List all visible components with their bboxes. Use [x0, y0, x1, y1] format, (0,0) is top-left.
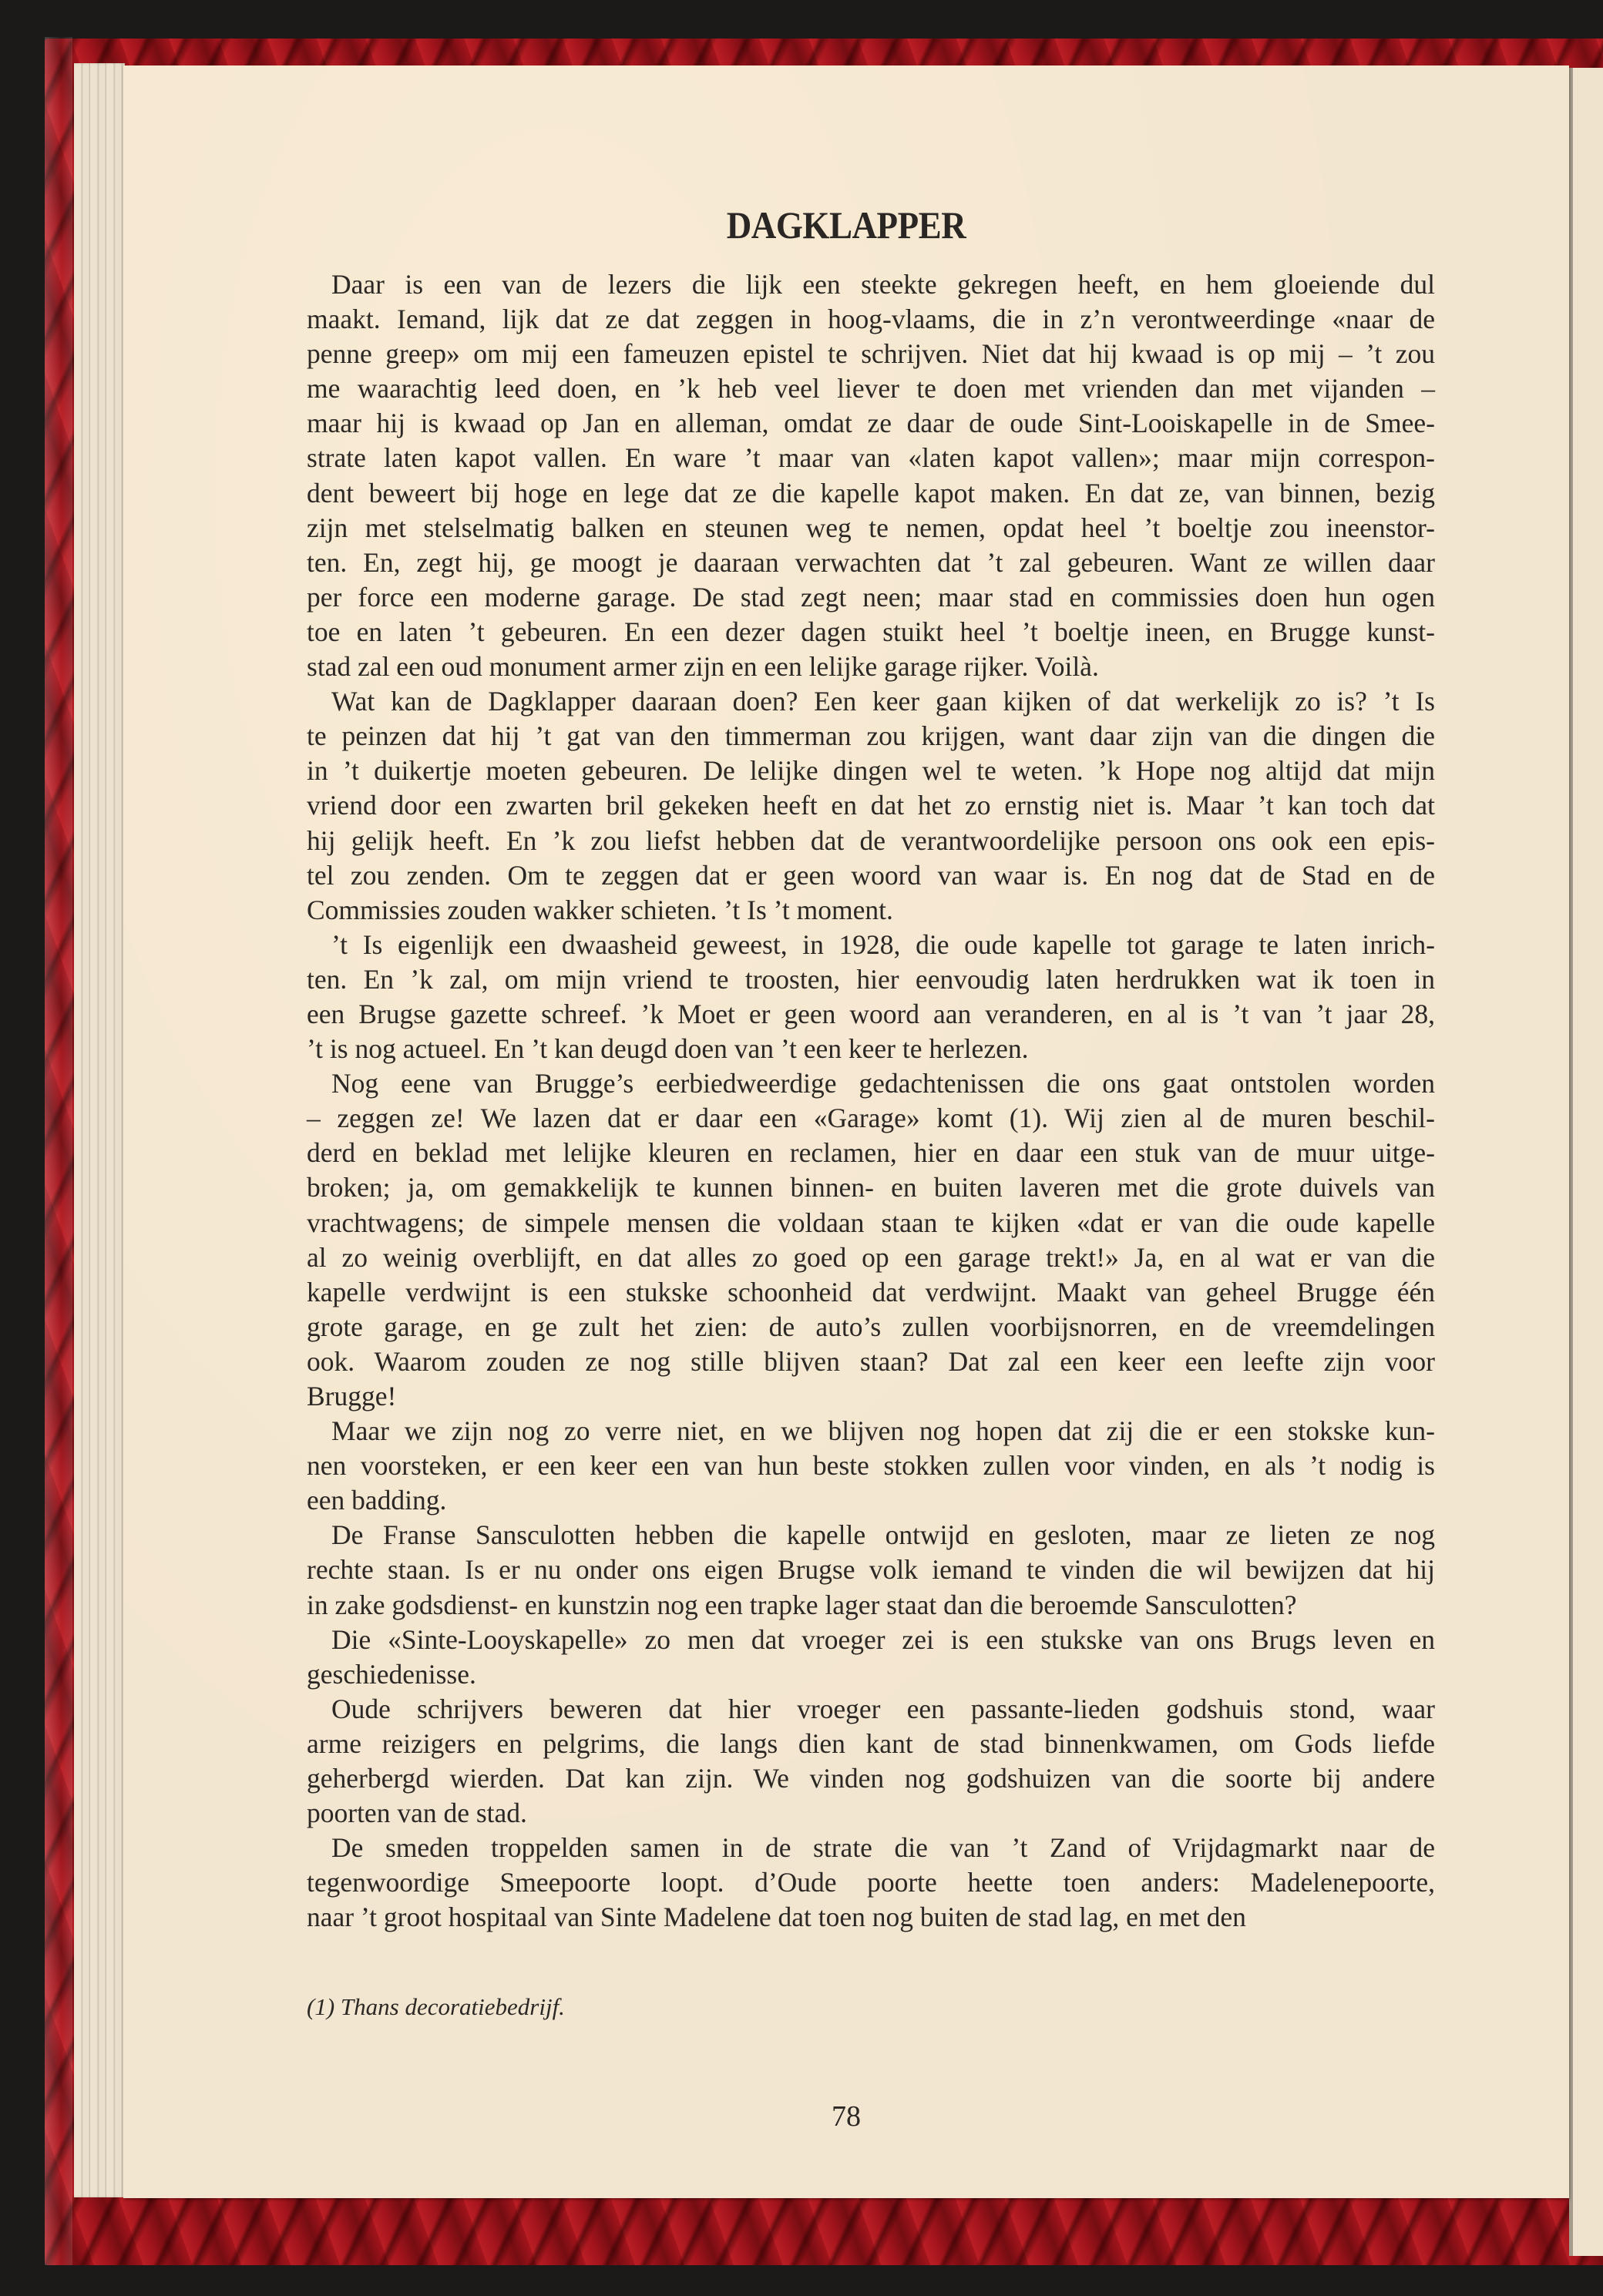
text-line: al zo weinig overblijft, en dat alles zo…	[307, 1240, 1435, 1275]
text-line: Brugge!	[307, 1379, 1435, 1414]
text-line: vriend door een zwarten bril gekeken hee…	[307, 788, 1435, 823]
text-line: rechte staan. Is er nu onder ons eigen B…	[307, 1552, 1435, 1587]
page-title: DAGKLAPPER	[196, 203, 1497, 247]
paragraph: Nog eene van Brugge’s eerbiedweerdige ge…	[307, 1066, 1435, 1414]
text-line: – zeggen ze! We lazen dat er daar een «G…	[307, 1101, 1435, 1136]
text-line: per force een moderne garage. De stad ze…	[307, 580, 1435, 615]
text-line: dent beweert bij hoge en lege dat ze die…	[307, 476, 1435, 511]
text-line: zijn met stelselmatig balken en steunen …	[307, 511, 1435, 545]
text-line: grote garage, en ge zult het zien: de au…	[307, 1310, 1435, 1344]
text-line: broken; ja, om gemakkelijk te kunnen bin…	[307, 1170, 1435, 1205]
text-line: ’t Is eigenlijk een dwaasheid geweest, i…	[307, 928, 1435, 962]
text-line: tel zou zenden. Om te zeggen dat er geen…	[307, 858, 1435, 893]
text-line: strate laten kapot vallen. En ware ’t ma…	[307, 441, 1435, 475]
text-line: De Franse Sansculotten hebben die kapell…	[307, 1518, 1435, 1552]
text-line: derd en beklad met lelijke kleuren en re…	[307, 1136, 1435, 1170]
text-line: kapelle verdwijnt is een stukske schoonh…	[307, 1275, 1435, 1310]
text-line: Wat kan de Dagklapper daaraan doen? Een …	[307, 684, 1435, 719]
text-line: maakt. Iemand, lijk dat ze dat zeggen in…	[307, 302, 1435, 337]
text-line: ten. En, zegt hij, ge moogt je daaraan v…	[307, 545, 1435, 580]
paragraph: Daar is een van de lezers die lijk een s…	[307, 267, 1435, 684]
text-line: De smeden troppelden samen in de strate …	[307, 1831, 1435, 1865]
text-line: tegenwoordige Smeepoorte loopt. d’Oude p…	[307, 1865, 1435, 1900]
text-line: in ’t duikertje moeten gebeuren. De leli…	[307, 754, 1435, 788]
paragraph: ’t Is eigenlijk een dwaasheid geweest, i…	[307, 928, 1435, 1066]
text-line: een badding.	[307, 1483, 1435, 1518]
paragraph: Maar we zijn nog zo verre niet, en we bl…	[307, 1414, 1435, 1518]
text-line: nen voorsteken, er een keer een van hun …	[307, 1448, 1435, 1483]
paragraph: Die «Sinte-Looyskapelle» zo men dat vroe…	[307, 1623, 1435, 1692]
text-line: geschiedenisse.	[307, 1657, 1435, 1692]
text-line: Maar we zijn nog zo verre niet, en we bl…	[307, 1414, 1435, 1448]
book-page: DAGKLAPPER Daar is een van de lezers die…	[123, 65, 1569, 2198]
text-line: ten. En ’k zal, om mijn vriend te troost…	[307, 962, 1435, 997]
page-stack-edges	[74, 63, 125, 2197]
text-line: stad zal een oud monument armer zijn en …	[307, 650, 1435, 684]
text-line: ook. Waarom zouden ze nog stille blijven…	[307, 1344, 1435, 1379]
text-line: arme reizigers en pelgrims, die langs di…	[307, 1727, 1435, 1761]
paragraph: De Franse Sansculotten hebben die kapell…	[307, 1518, 1435, 1622]
text-line: vrachtwagens; de simpele mensen die vold…	[307, 1206, 1435, 1240]
footnote: (1) Thans decoratiebedrijf.	[307, 1993, 565, 2021]
text-line: Daar is een van de lezers die lijk een s…	[307, 267, 1435, 302]
text-line: me waarachtig leed doen, en ’k heb veel …	[307, 371, 1435, 406]
page-number: 78	[123, 2100, 1569, 2133]
article-body: Daar is een van de lezers die lijk een s…	[307, 267, 1435, 1935]
text-line: toe en laten ’t gebeuren. En een dezer d…	[307, 615, 1435, 650]
paragraph: Oude schrijvers beweren dat hier vroeger…	[307, 1692, 1435, 1831]
text-line: poorten van de stad.	[307, 1796, 1435, 1831]
text-line: maar hij is kwaad op Jan en alleman, omd…	[307, 406, 1435, 441]
text-line: Die «Sinte-Looyskapelle» zo men dat vroe…	[307, 1623, 1435, 1657]
text-line: Commissies zouden wakker schieten. ’t Is…	[307, 893, 1435, 928]
paragraph: De smeden troppelden samen in de strate …	[307, 1831, 1435, 1935]
text-line: penne greep» om mij een fameuzen epistel…	[307, 337, 1435, 371]
text-line: Nog eene van Brugge’s eerbiedweerdige ge…	[307, 1066, 1435, 1101]
text-line: een Brugse gazette schreef. ’k Moet er g…	[307, 997, 1435, 1032]
text-line: Oude schrijvers beweren dat hier vroeger…	[307, 1692, 1435, 1727]
text-line: ’t is nog actueel. En ’t kan deugd doen …	[307, 1032, 1435, 1066]
text-line: naar ’t groot hospitaal van Sinte Madele…	[307, 1900, 1435, 1935]
plastic-wrap-glare	[45, 37, 72, 2265]
text-line: te peinzen dat hij ’t gat van den timmer…	[307, 719, 1435, 754]
text-line: hij gelijk heeft. En ’k zou liefst hebbe…	[307, 824, 1435, 858]
text-line: in zake godsdienst- en kunstzin nog een …	[307, 1588, 1435, 1623]
text-line: geherbergd wierden. Dat kan zijn. We vin…	[307, 1761, 1435, 1796]
next-page-edge	[1569, 68, 1603, 2256]
paragraph: Wat kan de Dagklapper daaraan doen? Een …	[307, 684, 1435, 928]
